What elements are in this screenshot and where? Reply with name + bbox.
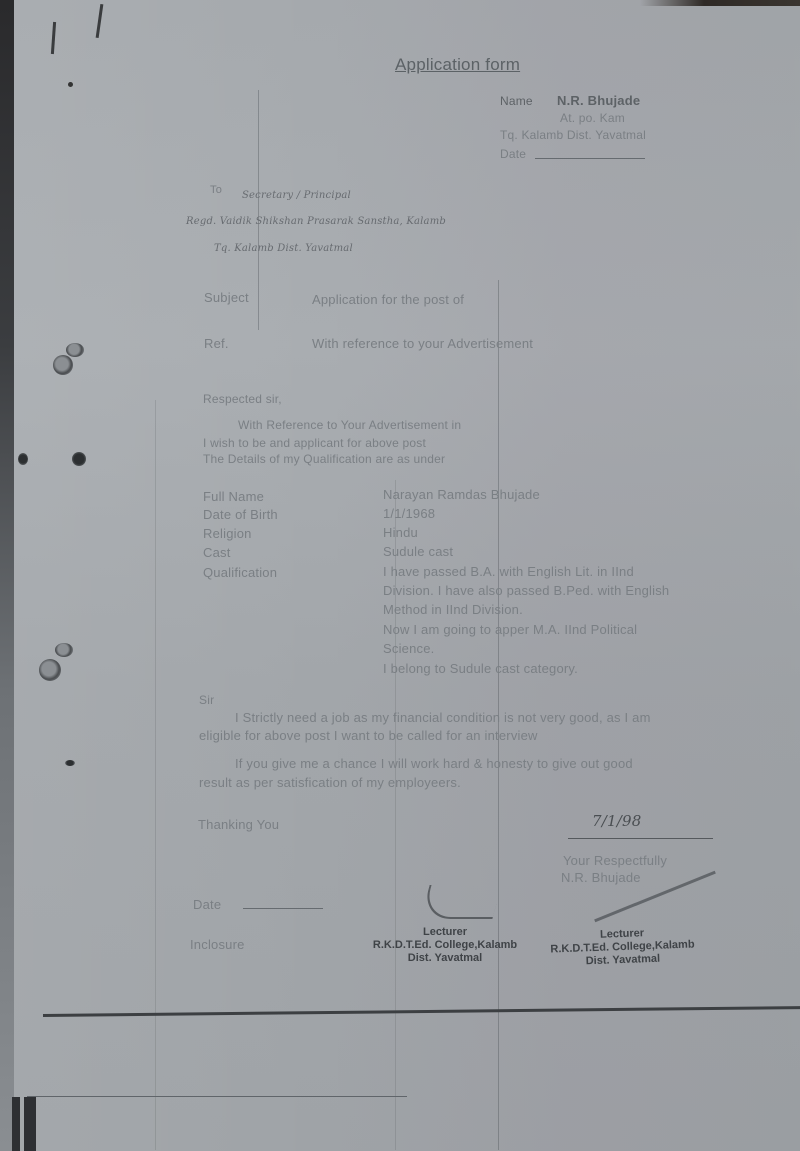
body-line-2: eligible for above post I want to be cal… <box>199 728 538 743</box>
yours-respectfully: Your Respectfully <box>563 853 667 868</box>
sender-name: N.R. Bhujade <box>557 93 640 108</box>
date-blank-line <box>535 158 645 159</box>
document-title: Application form <box>395 55 520 75</box>
sender-address: At. po. Kam <box>560 111 625 125</box>
date-line <box>243 908 323 909</box>
sender-taluka-district: Tq. Kalamb Dist. Yavatmal <box>500 128 646 142</box>
subject-text: Application for the post of <box>312 292 464 307</box>
closing: Thanking You <box>198 817 279 832</box>
next-page-edge <box>27 1096 407 1097</box>
intro-line-1: With Reference to Your Advertisement in <box>238 418 461 432</box>
qualification-line-5: Science. <box>383 641 434 656</box>
detail-value-full-name: Narayan Ramdas Bhujade <box>383 487 540 502</box>
punch-hole <box>66 343 84 357</box>
punch-hole <box>72 452 86 466</box>
to-label: To <box>210 184 222 196</box>
ref-text: With reference to your Advertisement <box>312 336 533 351</box>
detail-value-cast: Sudule cast <box>383 544 453 559</box>
body-line-1: I Strictly need a job as my financial co… <box>235 710 651 725</box>
stamp-district: Dist. Yavatmal <box>360 952 530 965</box>
enclosure-label: Inclosure <box>190 937 245 952</box>
detail-label-cast: Cast <box>203 545 231 560</box>
punch-hole <box>55 643 73 657</box>
binding-edge <box>12 1097 20 1151</box>
signature-line <box>568 838 713 839</box>
fold-line <box>395 480 396 1150</box>
detail-label-dob: Date of Birth <box>203 507 278 522</box>
qualification-line-4: Now I am going to apper M.A. IInd Politi… <box>383 622 637 637</box>
subject-label: Subject <box>204 290 249 305</box>
punch-hole <box>53 355 73 375</box>
intro-line-3: The Details of my Qualification are as u… <box>203 452 445 466</box>
date-label: Date <box>193 897 221 912</box>
stamp-college: R.K.D.T.Ed. College,Kalamb <box>360 939 530 952</box>
punch-hole <box>18 453 28 465</box>
stamp-role: Lecturer <box>360 926 530 939</box>
recipient-line-3: Tq. Kalamb Dist. Yavatmal <box>214 243 353 254</box>
sender-date-label: Date <box>500 147 526 161</box>
body-line-4: result as per satisfication of my employ… <box>199 775 461 790</box>
punch-hole <box>65 760 75 766</box>
recipient-line-1: Secretary / Principal <box>242 190 351 201</box>
fold-line <box>155 400 156 1150</box>
applicant-signature: 7/1/98 <box>592 812 641 830</box>
attestation-stamp-1: Lecturer R.K.D.T.Ed. College,Kalamb Dist… <box>360 926 530 965</box>
sender-name-label: Name <box>500 94 533 108</box>
attestation-stamp-2: Lecturer R.K.D.T.Ed. College,Kalamb Dist… <box>534 925 710 970</box>
qualification-line-3: Method in IInd Division. <box>383 602 523 617</box>
detail-value-religion: Hindu <box>383 525 418 540</box>
pen-dot <box>68 82 73 87</box>
qualification-line-2: Division. I have also passed B.Ped. with… <box>383 583 669 598</box>
detail-value-qualification: I have passed B.A. with English Lit. in … <box>383 564 634 579</box>
punch-hole <box>39 659 61 681</box>
fold-line <box>258 90 259 330</box>
qualification-line-6: I belong to Sudule cast category. <box>383 661 578 676</box>
body-line-3: If you give me a chance I will work hard… <box>235 756 633 771</box>
salutation: Respected sir, <box>203 392 282 406</box>
detail-label-qualification: Qualification <box>203 565 277 580</box>
detail-value-dob: 1/1/1968 <box>383 506 435 521</box>
photo-background-edge <box>0 0 14 1151</box>
detail-label-full-name: Full Name <box>203 489 264 504</box>
detail-label-religion: Religion <box>203 526 252 541</box>
ref-label: Ref. <box>204 336 229 351</box>
photo-background-top <box>640 0 800 6</box>
binding-edge <box>24 1097 36 1151</box>
sir-salutation: Sir <box>199 693 214 707</box>
intro-line-2: I wish to be and applicant for above pos… <box>203 436 426 450</box>
recipient-line-2: Regd. Vaidik Shikshan Prasarak Sanstha, … <box>186 216 446 227</box>
signer-name: N.R. Bhujade <box>561 870 641 885</box>
